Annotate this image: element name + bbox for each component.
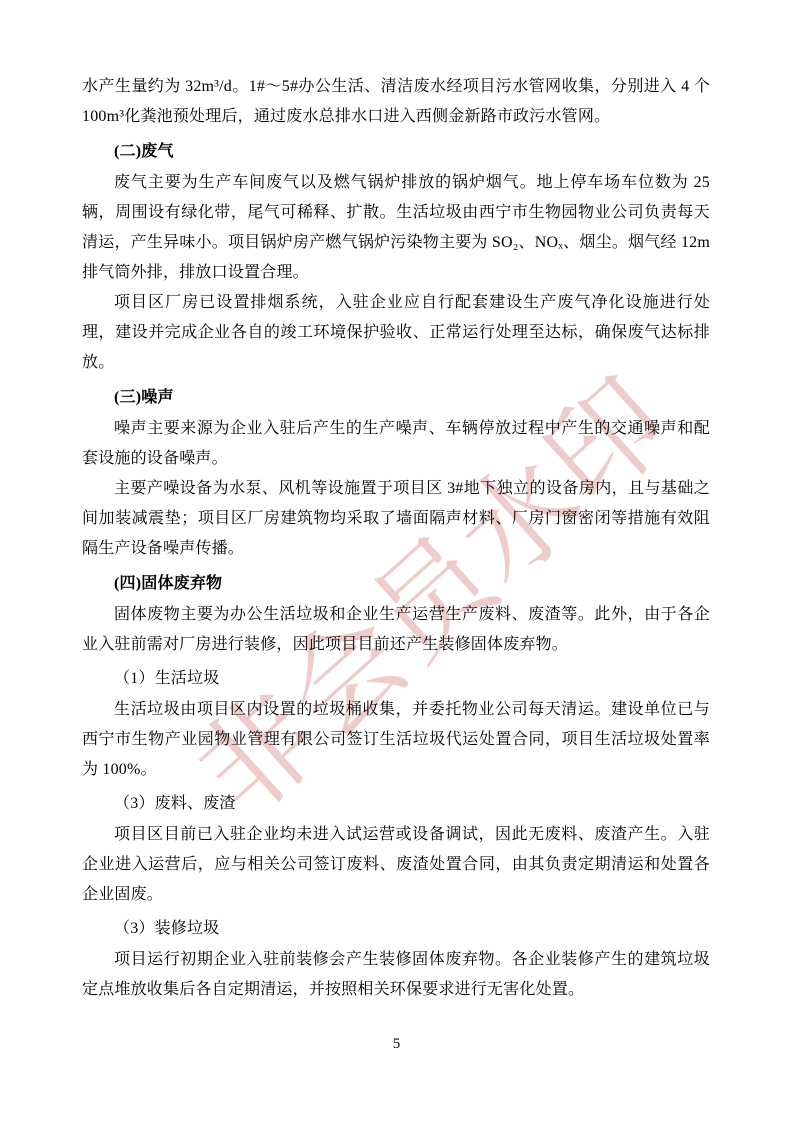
page-body: 水产生量约为 32m³/d。1#～5#办公生活、清洁废水经项目污水管网收集，分别…: [0, 0, 793, 1005]
item-heading-renovation-garbage: （3）装修垃圾: [82, 914, 710, 944]
paragraph-waste-gas-treatment: 项目区厂房已设置排烟系统，入驻企业应自行配套建设生产废气净化设施进行处理，建设并…: [82, 288, 710, 378]
section-heading-solid-waste: (四)固体废弃物: [82, 569, 710, 599]
paragraph-wastewater-continuation: 水产生量约为 32m³/d。1#～5#办公生活、清洁废水经项目污水管网收集，分别…: [82, 72, 710, 132]
paragraph-waste-residue: 项目区目前已入驻企业均未进入试运营或设备调试，因此无废料、废渣产生。入驻企业进入…: [82, 820, 710, 910]
paragraph-domestic-garbage: 生活垃圾由项目区内设置的垃圾桶收集，并委托物业公司每天清运。建设单位已与西宁市生…: [82, 695, 710, 785]
paragraph-solid-waste-overview: 固体废物主要为办公生活垃圾和企业生产运营生产废料、废渣等。此外，由于各企业入驻前…: [82, 600, 710, 660]
item-heading-domestic-garbage: （1）生活垃圾: [82, 664, 710, 694]
section-heading-noise: (三)噪声: [82, 383, 710, 413]
section-heading-waste-gas: (二)废气: [82, 137, 710, 167]
paragraph-renovation-garbage: 项目运行初期企业入驻前装修会产生装修固体废弃物。各企业装修产生的建筑垃圾定点堆放…: [82, 945, 710, 1005]
page-number: 5: [0, 1036, 793, 1053]
paragraph-noise-sources: 噪声主要来源为企业入驻后产生的生产噪声、车辆停放过程中产生的交通噪声和配套设施的…: [82, 414, 710, 474]
document-page: { "document": { "watermark": "非会员水印", "p…: [0, 0, 793, 1122]
paragraph-waste-gas-sources: 废气主要为生产车间废气以及燃气锅炉排放的锅炉烟气。地上停车场车位数为 25辆，周…: [82, 168, 710, 288]
item-heading-waste-residue: （3）废料、废渣: [82, 789, 710, 819]
paragraph-noise-mitigation: 主要产噪设备为水泵、风机等设施置于项目区 3#地下独立的设备房内，且与基础之间加…: [82, 474, 710, 564]
